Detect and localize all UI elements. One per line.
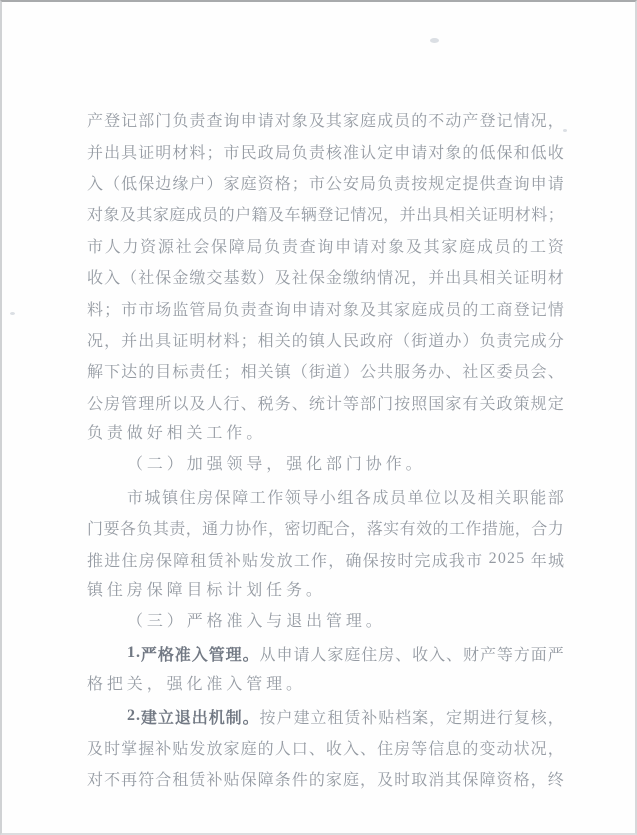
text-line: （三）严格准入与退出管理。 — [87, 606, 564, 637]
text-line: 并出具证明材料；市民政局负责核准认定申请对象的低保和低收 — [87, 135, 564, 166]
text-line: 对象及其家庭成员的户籍及车辆登记情况，并出具相关证明材料； — [87, 198, 564, 229]
text-line: 负责做好相关工作。 — [87, 418, 564, 449]
text-line: 1.严格准入管理。从申请人家庭住房、收入、财产等方面严 — [87, 638, 564, 669]
text-line: 况，并出具证明材料；相关的镇人民政府（街道办）负责完成分 — [87, 324, 564, 355]
text-line: （二）加强领导，强化部门协作。 — [87, 449, 564, 480]
text-line: 及时掌握补贴发放家庭的人口、收入、住房等信息的变动状况， — [87, 732, 564, 763]
document-content: 产登记部门负责查询申请对象及其家庭成员的不动产登记情况，并出具证明材料；市民政局… — [87, 104, 564, 795]
text-line: 格把关，强化准入管理。 — [87, 669, 564, 700]
text-line: 推进住房保障租赁补贴发放工作，确保按时完成我市 2025 年城 — [87, 543, 564, 574]
text-line: 门要各负其责，通力协作，密切配合，落实有效的工作措施，合力 — [87, 512, 564, 543]
text-line: 市人力资源社会保障局负责查询申请对象及其家庭成员的工资 — [87, 230, 564, 261]
text-line: 收入（社保金缴交基数）及社保金缴纳情况，并出具相关证明材 — [87, 261, 564, 292]
text-line: 对不再符合租赁补贴保障条件的家庭，及时取消其保障资格，终 — [87, 763, 564, 794]
text-line: 产登记部门负责查询申请对象及其家庭成员的不动产登记情况， — [87, 104, 564, 135]
scanned-document-page: 产登记部门负责查询申请对象及其家庭成员的不动产登记情况，并出具证明材料；市民政局… — [0, 0, 637, 835]
scan-artifact — [10, 312, 15, 315]
text-line: 市城镇住房保障工作领导小组各成员单位以及相关职能部 — [87, 481, 564, 512]
text-line: 镇住房保障目标计划任务。 — [87, 575, 564, 606]
text-line: 公房管理所以及人行、税务、统计等部门按照国家有关政策规定 — [87, 387, 564, 418]
text-line: 入（低保边缘户）家庭资格；市公安局负责按规定提供查询申请 — [87, 167, 564, 198]
text-line: 2.建立退出机制。按户建立租赁补贴档案，定期进行复核， — [87, 700, 564, 731]
text-line: 料；市市场监管局负责查询申请对象及其家庭成员的工商登记情 — [87, 292, 564, 323]
scan-artifact — [430, 38, 439, 43]
text-line: 解下达的目标责任；相关镇（街道）公共服务办、社区委员会、 — [87, 355, 564, 386]
